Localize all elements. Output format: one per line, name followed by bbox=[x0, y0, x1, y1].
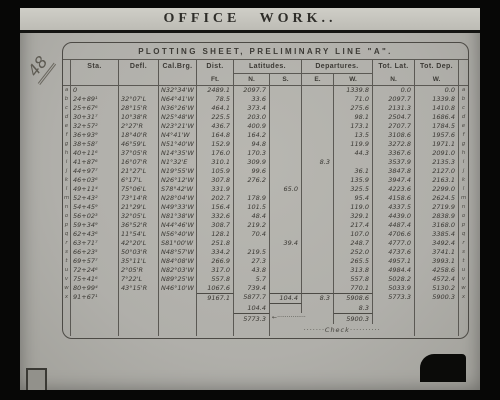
table-cell: 557.8 bbox=[197, 275, 234, 284]
table-cell: 331.9 bbox=[197, 185, 234, 194]
table-cell: 2719.9 bbox=[415, 203, 459, 212]
col-letter-right-header bbox=[459, 60, 468, 74]
blank-cell bbox=[71, 324, 119, 336]
check-arrow-line: ←··············· bbox=[270, 313, 334, 324]
table-cell bbox=[302, 203, 334, 212]
table-cell: 1686.4 bbox=[415, 113, 459, 122]
table-cell: 0.0 bbox=[373, 86, 415, 95]
unit-ft: Ft. bbox=[197, 74, 234, 86]
table-cell: 178.9 bbox=[234, 194, 270, 203]
table-cell: x bbox=[459, 293, 468, 304]
table-cell: v bbox=[459, 275, 468, 284]
table-cell: h bbox=[63, 149, 71, 158]
table-cell bbox=[302, 284, 334, 293]
table-cell bbox=[302, 185, 334, 194]
table-cell: k bbox=[459, 176, 468, 185]
table-cell: N14°35'W bbox=[159, 149, 197, 158]
table-cell: 2°05'R bbox=[119, 266, 159, 275]
table-cell bbox=[302, 86, 334, 95]
table-cell: t bbox=[459, 257, 468, 266]
table-cell: 5130.2 bbox=[415, 284, 459, 293]
table-cell bbox=[302, 212, 334, 221]
table-cell: 307.8 bbox=[197, 176, 234, 185]
col-header-departures: Departures. bbox=[302, 60, 373, 74]
table-cell bbox=[159, 293, 197, 304]
table-cell: 75+41⁶ bbox=[71, 275, 119, 284]
table-cell: 36°52'R bbox=[119, 221, 159, 230]
table-cell: N36°26'W bbox=[159, 104, 197, 113]
table-cell: h bbox=[459, 149, 468, 158]
table-cell: 32°05'L bbox=[119, 212, 159, 221]
table-cell bbox=[302, 230, 334, 239]
table-cell: 176.0 bbox=[197, 149, 234, 158]
table-cell: u bbox=[63, 266, 71, 275]
table-cell: 3993.1 bbox=[415, 257, 459, 266]
table-cell: 39.4 bbox=[270, 239, 302, 248]
table-cell bbox=[270, 275, 302, 284]
table-cell bbox=[302, 122, 334, 131]
table-cell: p bbox=[63, 221, 71, 230]
lat-south-carry: 104.4 bbox=[234, 304, 270, 313]
table-cell: n bbox=[459, 203, 468, 212]
table-cell bbox=[270, 149, 302, 158]
table-cell: 75°06'L bbox=[119, 185, 159, 194]
table-cell: 2163.1 bbox=[415, 176, 459, 185]
table-cell: 4337.5 bbox=[373, 203, 415, 212]
table-cell: c bbox=[63, 104, 71, 113]
blank-cell bbox=[373, 304, 415, 313]
table-cell: N84°08'W bbox=[159, 257, 197, 266]
col-header-latitudes: Latitudes. bbox=[234, 60, 302, 74]
table-cell: a bbox=[63, 86, 71, 95]
table-cell bbox=[270, 158, 302, 167]
table-cell bbox=[119, 86, 159, 95]
col-header-tot-lat: Tot. Lat. bbox=[373, 60, 415, 74]
table-cell bbox=[302, 221, 334, 230]
table-cell: 2504.7 bbox=[373, 113, 415, 122]
table-cell: 13.5 bbox=[334, 131, 373, 140]
table-cell: 56+02³ bbox=[71, 212, 119, 221]
table-cell: 36+93⁹ bbox=[71, 131, 119, 140]
table-cell: q bbox=[63, 230, 71, 239]
table-cell: 37°05'R bbox=[119, 149, 159, 158]
unit-blank bbox=[119, 74, 159, 86]
table-cell bbox=[270, 95, 302, 104]
table-cell: 104.4 bbox=[270, 293, 302, 304]
blank-cell bbox=[197, 304, 234, 313]
table-cell: 5.7 bbox=[234, 275, 270, 284]
table-cell: 4984.4 bbox=[373, 266, 415, 275]
table-cell: 3741.1 bbox=[415, 248, 459, 257]
table-cell bbox=[234, 185, 270, 194]
col-header-dist: Dist. bbox=[197, 60, 234, 74]
blank-cell bbox=[119, 324, 159, 336]
table-cell bbox=[270, 212, 302, 221]
table-cell: 2624.5 bbox=[415, 194, 459, 203]
table-cell: j bbox=[63, 167, 71, 176]
table-cell: 52+43² bbox=[71, 194, 119, 203]
table-cell: x bbox=[63, 293, 71, 304]
blank-cell bbox=[459, 304, 468, 313]
table-cell bbox=[302, 248, 334, 257]
table-cell: N4°41'W bbox=[159, 131, 197, 140]
table-cell: 63+71⁷ bbox=[71, 239, 119, 248]
table-cell: r bbox=[459, 239, 468, 248]
table-cell bbox=[270, 248, 302, 257]
table-cell: 119.9 bbox=[334, 140, 373, 149]
table-cell: f bbox=[63, 131, 71, 140]
table-cell bbox=[270, 194, 302, 203]
photo-of-plotting-sheet: { "photo": { "header": "OFFICE WORK..", … bbox=[0, 0, 500, 400]
table-cell: 219.2 bbox=[234, 221, 270, 230]
table-cell: a bbox=[459, 86, 468, 95]
col-letter-left-header bbox=[63, 60, 71, 74]
table-cell: 4223.6 bbox=[373, 185, 415, 194]
table-cell: 5033.9 bbox=[373, 284, 415, 293]
table-cell: 557.8 bbox=[334, 275, 373, 284]
table-cell: m bbox=[459, 194, 468, 203]
table-cell: k bbox=[63, 176, 71, 185]
table-cell: 2299.0 bbox=[415, 185, 459, 194]
blank-cell bbox=[459, 324, 468, 336]
table-cell: 70.4 bbox=[234, 230, 270, 239]
table-cell: 373.4 bbox=[234, 104, 270, 113]
blank-cell bbox=[197, 313, 234, 324]
table-cell: N26°12'W bbox=[159, 176, 197, 185]
table-cell: 18°40'R bbox=[119, 131, 159, 140]
table-cell: r bbox=[63, 239, 71, 248]
table-cell: 128.1 bbox=[197, 230, 234, 239]
table-cell: 38+58⁷ bbox=[71, 140, 119, 149]
table-cell bbox=[119, 293, 159, 304]
table-cell: 152.9 bbox=[197, 140, 234, 149]
table-cell: 170.3 bbox=[234, 149, 270, 158]
table-cell: 317.0 bbox=[197, 266, 234, 275]
table-cell: 21°29'L bbox=[119, 203, 159, 212]
table-cell: 2135.3 bbox=[415, 158, 459, 167]
table-cell: 27.3 bbox=[234, 257, 270, 266]
table-cell: c bbox=[459, 104, 468, 113]
table-cell: 2097.7 bbox=[234, 86, 270, 95]
margin-handwritten-note: 48 bbox=[22, 50, 56, 85]
table-cell: o bbox=[63, 212, 71, 221]
table-cell: d bbox=[459, 113, 468, 122]
blank-cell bbox=[302, 304, 334, 313]
table-cell: e bbox=[63, 122, 71, 131]
table-cell: 54+45⁹ bbox=[71, 203, 119, 212]
table-cell: 334.2 bbox=[197, 248, 234, 257]
table-cell: 2097.7 bbox=[373, 95, 415, 104]
plate-bottom-left-notch bbox=[26, 368, 47, 390]
table-cell: 49+11⁴ bbox=[71, 185, 119, 194]
table-cell: 1339.8 bbox=[334, 86, 373, 95]
table-cell: N19°55'W bbox=[159, 167, 197, 176]
table-cell: 3108.6 bbox=[373, 131, 415, 140]
table-cell: 105.9 bbox=[197, 167, 234, 176]
table-cell: 1339.8 bbox=[415, 95, 459, 104]
table-cell: 5877.7 bbox=[234, 293, 270, 304]
table-cell: 265.5 bbox=[334, 257, 373, 266]
blank-cell bbox=[459, 313, 468, 324]
table-cell: e bbox=[459, 122, 468, 131]
table-cell: s bbox=[63, 248, 71, 257]
table-cell: 464.1 bbox=[197, 104, 234, 113]
table-cell: 6°17'L bbox=[119, 176, 159, 185]
photo-header-strip: OFFICE WORK.. bbox=[20, 8, 480, 33]
table-cell: 36.1 bbox=[334, 167, 373, 176]
table-cell: 99.6 bbox=[234, 167, 270, 176]
table-cell bbox=[302, 194, 334, 203]
table-cell bbox=[302, 140, 334, 149]
table-cell: N49°33'W bbox=[159, 203, 197, 212]
table-cell: 308.7 bbox=[197, 221, 234, 230]
table-cell: 251.8 bbox=[197, 239, 234, 248]
table-cell bbox=[302, 149, 334, 158]
table-cell: 266.9 bbox=[197, 257, 234, 266]
table-cell: 5900.3 bbox=[415, 293, 459, 304]
table-cell: j bbox=[459, 167, 468, 176]
dep-east-carry: 8.3 bbox=[334, 304, 373, 313]
table-cell: 3492.4 bbox=[415, 239, 459, 248]
table-cell: 72+24⁶ bbox=[71, 266, 119, 275]
table-cell: 156.4 bbox=[197, 203, 234, 212]
blank-cell bbox=[234, 324, 270, 336]
table-cell: n bbox=[63, 203, 71, 212]
table-cell bbox=[270, 257, 302, 266]
table-cell: 71.0 bbox=[334, 95, 373, 104]
table-cell: 5908.6 bbox=[334, 293, 373, 304]
table-cell: l bbox=[459, 185, 468, 194]
table-cell: 25+67⁶ bbox=[71, 104, 119, 113]
unit-dep-e: E. bbox=[302, 74, 334, 86]
table-cell: 95.4 bbox=[334, 194, 373, 203]
table-cell: 30+31⁷ bbox=[71, 113, 119, 122]
table-grid: PLOTTING SHEET, PRELIMINARY LINE "A". St… bbox=[63, 44, 468, 336]
col-header-defl: Defl. bbox=[119, 60, 159, 74]
table-cell: 43°15'R bbox=[119, 284, 159, 293]
table-cell: 4706.6 bbox=[373, 230, 415, 239]
col-header-sta: Sta. bbox=[71, 60, 119, 74]
unit-blank bbox=[71, 74, 119, 86]
table-cell bbox=[302, 257, 334, 266]
table-cell: v bbox=[63, 275, 71, 284]
table-cell bbox=[302, 266, 334, 275]
table-cell: 59+34⁹ bbox=[71, 221, 119, 230]
table-cell bbox=[270, 140, 302, 149]
table-cell: 43.8 bbox=[234, 266, 270, 275]
table-cell: 1410.8 bbox=[415, 104, 459, 113]
table-cell: N44°46'W bbox=[159, 221, 197, 230]
table-cell: m bbox=[63, 194, 71, 203]
unit-blank bbox=[459, 74, 468, 86]
table-cell: 309.9 bbox=[234, 158, 270, 167]
table-cell: N51°40'W bbox=[159, 140, 197, 149]
table-cell: 2131.3 bbox=[373, 104, 415, 113]
blank-cell bbox=[159, 313, 197, 324]
unit-dep-w: W. bbox=[334, 74, 373, 86]
table-cell: i bbox=[63, 158, 71, 167]
table-cell: 1957.6 bbox=[415, 131, 459, 140]
table-cell: 0 bbox=[71, 86, 119, 95]
table-cell: i bbox=[459, 158, 468, 167]
table-cell: 436.7 bbox=[197, 122, 234, 131]
table-cell: 164.2 bbox=[234, 131, 270, 140]
table-cell: b bbox=[459, 95, 468, 104]
table-cell: 119.0 bbox=[334, 203, 373, 212]
table-cell: 78.5 bbox=[197, 95, 234, 104]
table-cell: 4957.1 bbox=[373, 257, 415, 266]
table-cell: 2489.1 bbox=[197, 86, 234, 95]
table-cell bbox=[302, 113, 334, 122]
table-cell: 173.1 bbox=[334, 122, 373, 131]
table-cell bbox=[334, 158, 373, 167]
table-cell: 4439.0 bbox=[373, 212, 415, 221]
table-cell: 4737.6 bbox=[373, 248, 415, 257]
table-cell: 225.5 bbox=[197, 113, 234, 122]
blank-cell bbox=[415, 304, 459, 313]
table-cell: 4258.6 bbox=[415, 266, 459, 275]
table-cell: 276.2 bbox=[234, 176, 270, 185]
table-cell: N56°40'W bbox=[159, 230, 197, 239]
table-cell: 48.4 bbox=[234, 212, 270, 221]
table-cell: 7°22'L bbox=[119, 275, 159, 284]
table-cell: 69+57⁷ bbox=[71, 257, 119, 266]
table-cell: N64°41'W bbox=[159, 95, 197, 104]
blank-cell bbox=[197, 324, 234, 336]
col-header-cal-brg: Cal.Brg. bbox=[159, 60, 197, 74]
table-cell: 94.8 bbox=[234, 140, 270, 149]
table-cell: 5028.2 bbox=[373, 275, 415, 284]
blank-cell bbox=[373, 313, 415, 324]
table-cell: g bbox=[63, 140, 71, 149]
table-cell: 50°03'R bbox=[119, 248, 159, 257]
table-cell: N89°25'W bbox=[159, 275, 197, 284]
table-cell: 33.6 bbox=[234, 95, 270, 104]
table-cell: 107.0 bbox=[334, 230, 373, 239]
blank-cell bbox=[415, 313, 459, 324]
unit-tot-lat-n: N. bbox=[373, 74, 415, 86]
table-cell: 0.0 bbox=[415, 86, 459, 95]
blank-cell bbox=[71, 304, 119, 313]
table-cell bbox=[270, 203, 302, 212]
table-cell: 28°15'R bbox=[119, 104, 159, 113]
table-cell: 252.0 bbox=[334, 248, 373, 257]
table-title: PLOTTING SHEET, PRELIMINARY LINE "A". bbox=[63, 44, 468, 60]
table-cell: 203.0 bbox=[234, 113, 270, 122]
photographic-plate: OFFICE WORK.. 48 PLOTTING SHEET, PRELIMI… bbox=[20, 8, 480, 390]
blank-cell bbox=[159, 324, 197, 336]
table-cell bbox=[270, 221, 302, 230]
table-cell: 91+67¹ bbox=[71, 293, 119, 304]
unit-blank bbox=[63, 74, 71, 86]
table-cell: 3537.9 bbox=[373, 158, 415, 167]
table-cell: 164.8 bbox=[197, 131, 234, 140]
blank-cell bbox=[119, 304, 159, 313]
table-cell bbox=[302, 239, 334, 248]
table-cell: 1784.5 bbox=[415, 122, 459, 131]
table-cell: 332.6 bbox=[197, 212, 234, 221]
table-cell: o bbox=[459, 212, 468, 221]
table-cell bbox=[270, 122, 302, 131]
table-cell: 9167.1 bbox=[197, 293, 234, 304]
table-cell: 44+97⁷ bbox=[71, 167, 119, 176]
table-cell: N25°48'W bbox=[159, 113, 197, 122]
table-cell: 24+89¹ bbox=[71, 95, 119, 104]
latitude-final-total: 5773.3 bbox=[234, 313, 270, 324]
table-cell: S78°42'W bbox=[159, 185, 197, 194]
table-cell: N81°38'W bbox=[159, 212, 197, 221]
table-cell bbox=[234, 239, 270, 248]
table-cell: 739.4 bbox=[234, 284, 270, 293]
col-header-tot-dep: Tot. Dep. bbox=[415, 60, 459, 74]
table-cell: u bbox=[459, 266, 468, 275]
table-cell: w bbox=[459, 284, 468, 293]
table-cell bbox=[270, 86, 302, 95]
table-cell: 1971.1 bbox=[415, 140, 459, 149]
table-cell: 32+57² bbox=[71, 122, 119, 131]
table-cell: 2127.0 bbox=[415, 167, 459, 176]
table-cell: 21°27'L bbox=[119, 167, 159, 176]
unit-lat-n: N. bbox=[234, 74, 270, 86]
table-cell: 62+43⁶ bbox=[71, 230, 119, 239]
table-cell: 10°38'R bbox=[119, 113, 159, 122]
table-cell: 2091.0 bbox=[415, 149, 459, 158]
table-cell: N32°34'W bbox=[159, 86, 197, 95]
table-cell: w bbox=[63, 284, 71, 293]
table-cell: 310.1 bbox=[197, 158, 234, 167]
table-cell bbox=[270, 284, 302, 293]
table-cell: 8.3 bbox=[302, 158, 334, 167]
blank-cell bbox=[63, 313, 71, 324]
table-cell: 2707.7 bbox=[373, 122, 415, 131]
unit-tot-dep-w: W. bbox=[415, 74, 459, 86]
table-cell: 46+03⁶ bbox=[71, 176, 119, 185]
table-cell: 400.9 bbox=[234, 122, 270, 131]
table-cell: 4572.4 bbox=[415, 275, 459, 284]
table-cell: 40+11⁶ bbox=[71, 149, 119, 158]
table-cell bbox=[270, 104, 302, 113]
table-cell: 202.7 bbox=[197, 194, 234, 203]
table-cell bbox=[270, 266, 302, 275]
table-cell: 219.5 bbox=[234, 248, 270, 257]
table-cell: 42°20'L bbox=[119, 239, 159, 248]
table-cell bbox=[302, 131, 334, 140]
departure-final-total: 5900.3 bbox=[334, 313, 373, 324]
table-cell: 3272.8 bbox=[373, 140, 415, 149]
table-cell bbox=[302, 104, 334, 113]
table-cell: S81°00'W bbox=[159, 239, 197, 248]
table-cell: 329.1 bbox=[334, 212, 373, 221]
table-cell: 3168.0 bbox=[415, 221, 459, 230]
table-cell bbox=[270, 176, 302, 185]
table-cell: q bbox=[459, 230, 468, 239]
table-cell: 4158.6 bbox=[373, 194, 415, 203]
table-cell: 65.0 bbox=[270, 185, 302, 194]
table-cell bbox=[270, 131, 302, 140]
table-cell: g bbox=[459, 140, 468, 149]
table-cell: 8.3 bbox=[302, 293, 334, 304]
table-cell: N48°57'W bbox=[159, 248, 197, 257]
table-cell: 98.1 bbox=[334, 113, 373, 122]
photo-header-title: OFFICE WORK.. bbox=[163, 11, 336, 27]
table-cell: 2°27'R bbox=[119, 122, 159, 131]
blank-cell bbox=[415, 324, 459, 336]
table-cell: 101.5 bbox=[234, 203, 270, 212]
table-cell: 3367.6 bbox=[373, 149, 415, 158]
table-cell: 80+99⁴ bbox=[71, 284, 119, 293]
table-cell: d bbox=[63, 113, 71, 122]
unit-blank bbox=[159, 74, 197, 86]
